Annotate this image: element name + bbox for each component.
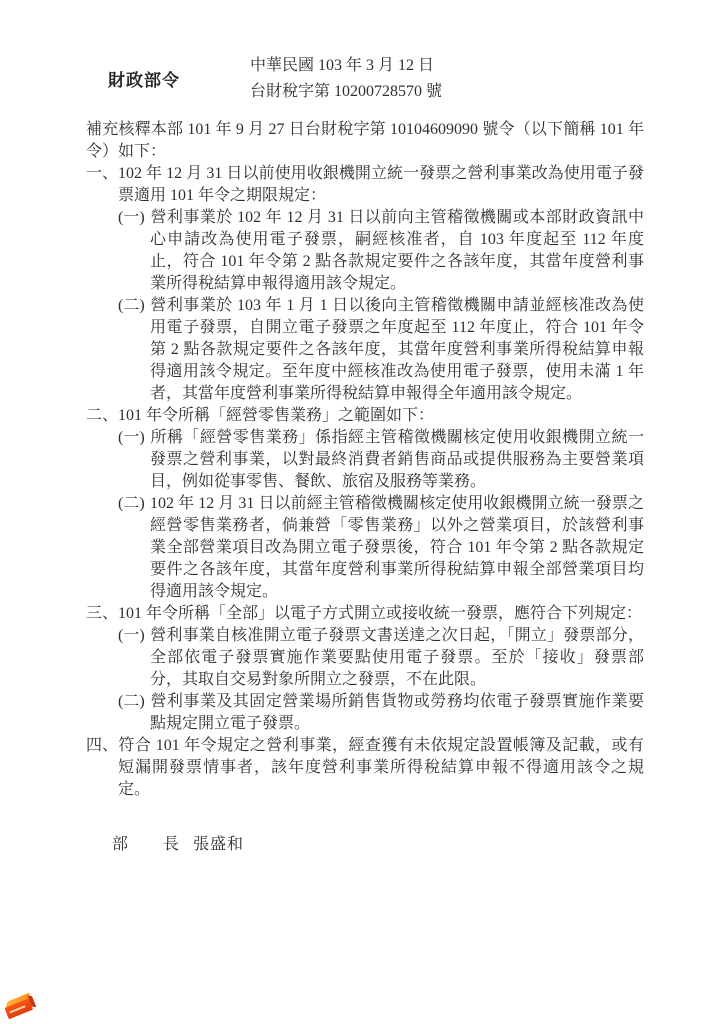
section-2-item-1-text: 所稱「經營零售業務」係指經主管稽徵機關核定使用收銀機開立統一發票之營利事業，以對…	[150, 429, 644, 490]
header-meta: 中華民國 103 年 3 月 12 日 台財稅字第 10200728570 號	[250, 53, 442, 105]
section-3-item-2-text: 營利事業及其固定營業場所銷售貨物或勞務均依電子發票實施作業要點規定開立電子發票。	[150, 693, 644, 732]
agency-order-title: 財政部令	[108, 71, 180, 91]
section-4-text: 符合 101 年令規定之營利事業，經查獲有未依規定設置帳簿及記載，或有短漏開發票…	[118, 737, 644, 798]
section-3-item-2: (二)營利事業及其固定營業場所銷售貨物或勞務均依電子發票實施作業要點規定開立電子…	[86, 691, 644, 735]
signature-role-char-1: 部	[112, 836, 129, 853]
section-4-marker: 四、	[86, 735, 118, 757]
section-3-item-2-marker: (二)	[118, 691, 150, 713]
signature-role-char-2: 長	[163, 836, 180, 853]
section-1-item-2-text: 營利事業於 103 年 1 月 1 日以後向主管稽徵機關申請並經核准改為使用電子…	[150, 297, 644, 402]
section-2-item-1: (一)所稱「經營零售業務」係指經主管稽徵機關核定使用收銀機開立統一發票之營利事業…	[86, 427, 644, 493]
document-date: 中華民國 103 年 3 月 12 日	[250, 53, 442, 79]
section-1-marker: 一、	[86, 163, 118, 185]
section-2-text: 101 年令所稱「經營零售業務」之範圍如下：	[118, 407, 434, 424]
section-3-item-1: (一)營利事業自核准開立電子發票文書送達之次日起，「開立」發票部分，全部依電子發…	[86, 625, 644, 691]
section-2-item-1-marker: (一)	[118, 427, 150, 449]
section-1-item-1-text: 營利事業於 102 年 12 月 31 日以前向主管稽徵機關或本部財政資訊中心申…	[150, 209, 644, 292]
document-page: 財政部令 中華民國 103 年 3 月 12 日 台財稅字第 102007285…	[0, 0, 724, 1024]
section-1-item-2: (二)營利事業於 103 年 1 月 1 日以後向主管稽徵機關申請並經核准改為使…	[86, 295, 644, 405]
section-2: 二、101 年令所稱「經營零售業務」之範圍如下：	[86, 405, 644, 427]
section-3-marker: 三、	[86, 603, 118, 625]
section-1-item-2-marker: (二)	[118, 295, 150, 317]
section-3: 三、101 年令所稱「全部」以電子方式開立或接收統一發票，應符合下列規定：	[86, 603, 644, 625]
orange-3d-box-icon	[2, 991, 40, 1024]
section-3-item-1-marker: (一)	[118, 625, 150, 647]
document-body: 補充核釋本部 101 年 9 月 27 日台財稅字第 10104609090 號…	[86, 119, 644, 801]
section-1-item-1: (一)營利事業於 102 年 12 月 31 日以前向主管稽徵機關或本部財政資訊…	[86, 207, 644, 295]
signature-line: 部長張盛和	[112, 835, 244, 855]
section-4: 四、符合 101 年令規定之營利事業，經查獲有未依規定設置帳簿及記載，或有短漏開…	[86, 735, 644, 801]
section-1-text: 102 年 12 月 31 日以前使用收銀機開立統一發票之營利事業改為使用電子發…	[118, 165, 644, 204]
section-2-item-2-text: 102 年 12 月 31 日以前經主管稽徵機關核定使用收銀機開立統一發票之經營…	[150, 495, 644, 600]
section-2-item-2: (二)102 年 12 月 31 日以前經主管稽徵機關核定使用收銀機開立統一發票…	[86, 493, 644, 603]
minister-name: 張盛和	[193, 836, 244, 853]
section-3-text: 101 年令所稱「全部」以電子方式開立或接收統一發票，應符合下列規定：	[118, 605, 642, 622]
section-3-item-1-text: 營利事業自核准開立電子發票文書送達之次日起，「開立」發票部分，全部依電子發票實施…	[150, 627, 644, 688]
section-2-item-2-marker: (二)	[118, 493, 150, 515]
section-1-item-1-marker: (一)	[118, 207, 150, 229]
document-reference-number: 台財稅字第 10200728570 號	[250, 79, 442, 105]
section-1: 一、102 年 12 月 31 日以前使用收銀機開立統一發票之營利事業改為使用電…	[86, 163, 644, 207]
intro-paragraph: 補充核釋本部 101 年 9 月 27 日台財稅字第 10104609090 號…	[86, 119, 644, 163]
section-2-marker: 二、	[86, 405, 118, 427]
